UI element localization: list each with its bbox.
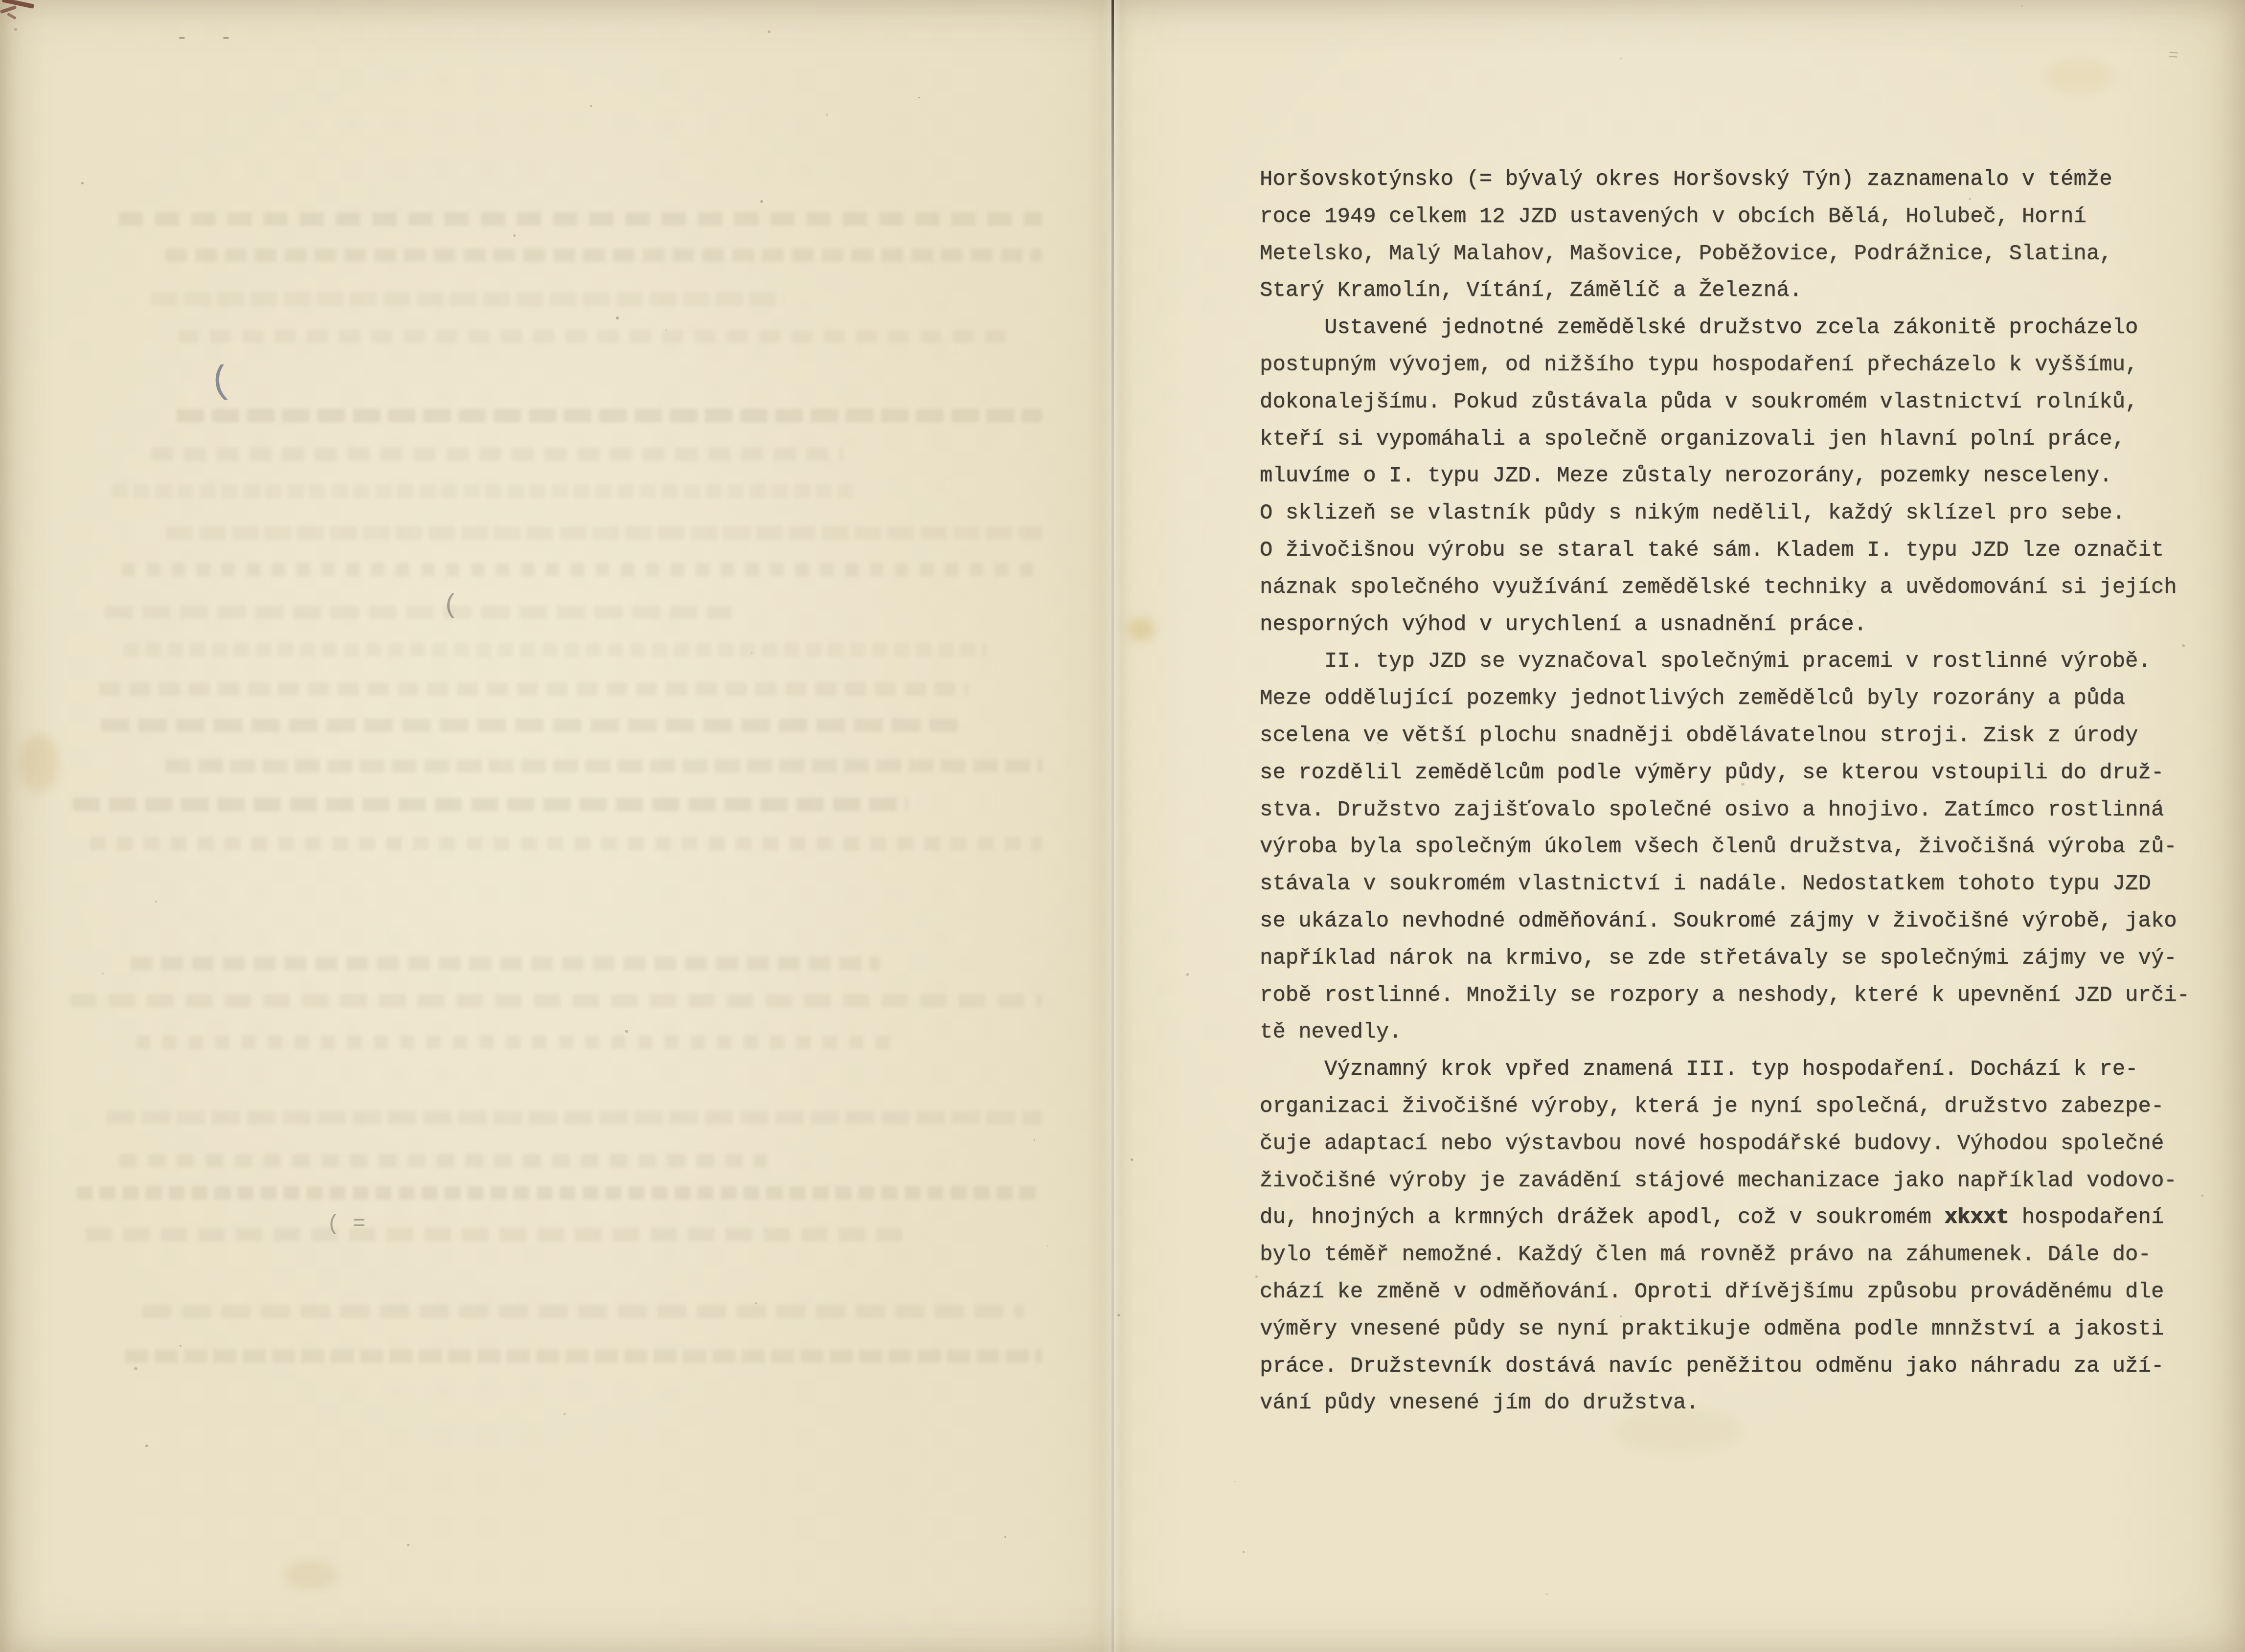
text-line: bylo téměř nemožné. Každý člen má rovněž… [1260, 1237, 2219, 1274]
text-line: II. typ JZD se vyznačoval společnými pra… [1260, 643, 2219, 680]
text-line: Metelsko, Malý Malahov, Mašovice, Poběžo… [1260, 236, 2219, 273]
bleedthrough-line [142, 1305, 1024, 1318]
bleedthrough-line [119, 212, 1042, 226]
right-page: = - VI - Horšovskotýnsko (= bývalý okres… [1111, 0, 2245, 1652]
bleedthrough-line [77, 1186, 1038, 1199]
scanned-document: ( ( ( = - - = - VI - Horšovskotýnsko (= … [0, 0, 2245, 1652]
text-line: výměry vnesené půdy se nyní praktikuje o… [1260, 1311, 2219, 1348]
text-line: robě rostlinné. Množily se rozpory a nes… [1260, 977, 2219, 1015]
bleedthrough-line [125, 1350, 1042, 1363]
text-line: dokonalejšímu. Pokud zůstávala půda v so… [1260, 384, 2219, 421]
bleedthrough-line [70, 994, 1042, 1007]
bleedthrough-line [105, 606, 732, 619]
text-line: čuje adaptací nebo výstavbou nové hospod… [1260, 1126, 2219, 1163]
ink-mark-paren-equals: ( = [327, 1212, 365, 1237]
text-line: práce. Družstevník dostává navíc peněžit… [1260, 1348, 2219, 1385]
bleedthrough-line [122, 563, 1042, 576]
text-line: O živočišnou výrobu se staral také sám. … [1260, 532, 2219, 569]
text-line: například nárok na krmivo, se zde střetá… [1260, 940, 2219, 977]
bleedthrough-line [90, 837, 1042, 850]
text-line: chází ke změně v odměňování. Oproti dřív… [1260, 1274, 2219, 1311]
text-line: náznak společného využívání zemědělské t… [1260, 569, 2219, 607]
text-line: tě nevedly. [1260, 1014, 2219, 1051]
text-line: Ustavené jednotné zemědělské družstvo zc… [1260, 310, 2219, 347]
text-line: scelena ve větší plochu snadněji obděláv… [1260, 718, 2219, 755]
ink-mark-faint-equals: = [2168, 46, 2179, 66]
left-page: ( ( ( = - - [0, 0, 1111, 1652]
ink-mark-paren: ( [443, 591, 458, 621]
bleedthrough-line [166, 759, 1042, 772]
bleedthrough-line [131, 957, 880, 970]
text-line: se rozdělil zemědělcům podle výměry půdy… [1260, 755, 2219, 792]
text-line: nesporných výhod v urychlení a usnadnění… [1260, 607, 2219, 644]
text-line: se ukázalo nevhodné odměňování. Soukromé… [1260, 903, 2219, 940]
text-line: mluvíme o I. typu JZD. Meze zůstaly nero… [1260, 458, 2219, 495]
bleedthrough-line [178, 330, 1014, 343]
text-line: vání půdy vnesené jím do družstva. [1260, 1385, 2219, 1422]
ink-mark-dashes: - - [176, 27, 235, 49]
bleedthrough-line [151, 448, 843, 461]
bleedthrough-line [101, 719, 960, 732]
bleedthrough-line [106, 1111, 1042, 1124]
bleedthrough-line [112, 485, 852, 498]
bleedthrough-line [177, 409, 1042, 422]
ink-mark-paren: ( [207, 360, 235, 405]
text-line: kteří si vypomáhali a společně organizov… [1260, 421, 2219, 458]
struck-out-word: xkxxt [1944, 1205, 2009, 1230]
text-line: Meze oddělující pozemky jednotlivých zem… [1260, 680, 2219, 718]
text-line: O sklizeň se vlastník půdy s nikým neděl… [1260, 495, 2219, 532]
bleedthrough-line [73, 798, 907, 811]
text-line: du, hnojných a krmných drážek apodl, což… [1260, 1199, 2219, 1237]
bleedthrough-line [151, 293, 784, 306]
text-line: Horšovskotýnsko (= bývalý okres Horšovsk… [1260, 161, 2219, 199]
typewritten-text: Horšovskotýnsko (= bývalý okres Horšovsk… [1260, 161, 2219, 1422]
text-line: výroba byla společným úkolem všech členů… [1260, 829, 2219, 866]
bleedthrough-line [124, 643, 987, 656]
bleedthrough-line [166, 526, 1042, 540]
bleedthrough-line [136, 1036, 893, 1049]
bleedthrough-line [165, 249, 1042, 262]
text-line: stva. Družstvo zajišťovalo společné osiv… [1260, 792, 2219, 829]
text-line: postupným vývojem, od nižšího typu hospo… [1260, 347, 2219, 384]
text-line: Starý Kramolín, Vítání, Zámělíč a Železn… [1260, 272, 2219, 310]
text-line: Významný krok vpřed znamená III. typ hos… [1260, 1051, 2219, 1088]
text-line: živočišné výroby je zavádění stájové mec… [1260, 1163, 2219, 1200]
text-line: stávala v soukromém vlastnictví i nadále… [1260, 866, 2219, 903]
bleedthrough-line [99, 682, 968, 696]
text-line: roce 1949 celkem 12 JZD ustavených v obc… [1260, 199, 2219, 236]
bleedthrough-line [86, 1228, 906, 1241]
text-line: organizaci živočišné výroby, která je ny… [1260, 1088, 2219, 1126]
bleedthrough-line [119, 1154, 766, 1167]
